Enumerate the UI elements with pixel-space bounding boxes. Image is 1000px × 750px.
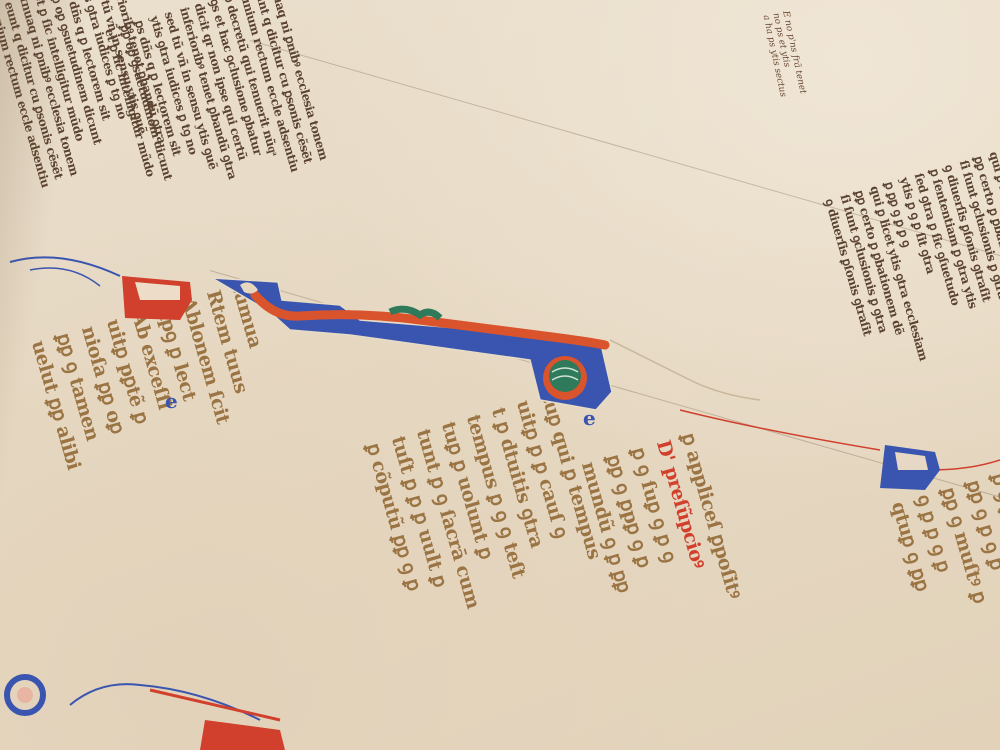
page-shading [0,0,1000,750]
